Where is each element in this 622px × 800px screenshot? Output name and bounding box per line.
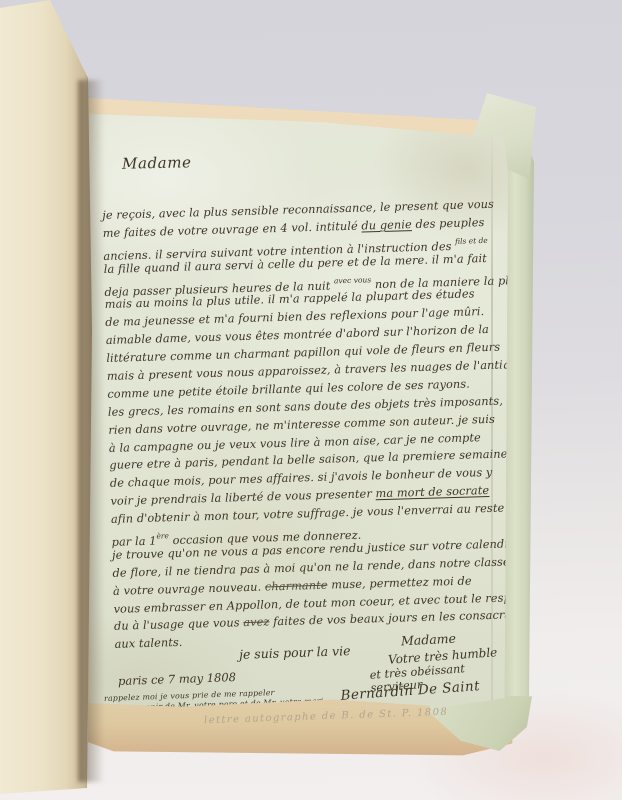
paper-fold-crease bbox=[491, 130, 493, 700]
letter-line-segment: ère bbox=[156, 531, 169, 540]
closing-phrase: je suis pour la vie bbox=[239, 643, 351, 662]
letter-salutation: Madame bbox=[122, 153, 192, 172]
letter-dateline: paris ce 7 may 1808 bbox=[118, 670, 236, 688]
photograph-of-letter-in-book: Madame je reçois, avec la plus sensible … bbox=[0, 0, 622, 800]
letter-line-segment: des peuples bbox=[412, 216, 485, 231]
letter-line-segment: ma mort de socrate bbox=[375, 484, 489, 500]
letter-line-segment: avez bbox=[243, 616, 270, 630]
closing-address: Madame bbox=[401, 631, 457, 649]
letter-line-segment: avec vous bbox=[334, 275, 371, 285]
letter-line-segment: du à l'usage que vous bbox=[114, 617, 244, 634]
letter-line-segment: du genie bbox=[361, 218, 412, 232]
letter-line-segment: fils et de bbox=[455, 236, 488, 246]
letter-line-segment: à votre ouvrage nouveau. bbox=[113, 580, 265, 597]
letter-line-segment: aux talents. bbox=[114, 636, 182, 651]
letter-line-segment: charmante bbox=[265, 578, 328, 593]
gutter-shadow bbox=[78, 80, 104, 782]
handwritten-letter-page: Madame je reçois, avec la plus sensible … bbox=[89, 108, 508, 714]
letter-line-segment: muse, permettez moi de bbox=[327, 574, 472, 591]
